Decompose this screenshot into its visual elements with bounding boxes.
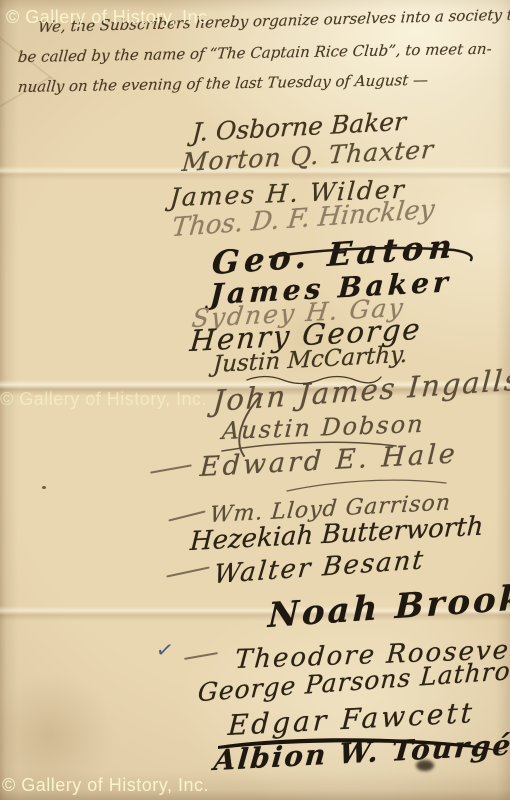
watermark-bottom: © Gallery of History, Inc. [2, 775, 209, 796]
manuscript-intro-line-3: nually on the evening of the last Tuesda… [17, 71, 429, 96]
ink-dot [42, 486, 46, 489]
watermark-middle: © Gallery of History, Inc. [0, 389, 207, 410]
check-mark-roosevelt: ✓ [154, 637, 175, 663]
manuscript-intro-line-2: be called by the name of “The Captain Ri… [17, 40, 492, 66]
margin-dash-garrison [168, 510, 205, 521]
tourgee-ink-smudge [416, 760, 434, 771]
signature-austin-dobson: Austin Dobson [221, 410, 426, 445]
margin-dash-besant [166, 566, 209, 577]
margin-dash-roosevelt [184, 652, 218, 660]
signature-noah-brooks: Noah Brooks [267, 576, 510, 636]
manuscript-page: We, the Subscribers hereby organize ours… [0, 0, 510, 800]
margin-dash-hale [150, 464, 192, 473]
signature-edward-e-hale: Edward E. Hale [199, 438, 458, 483]
watermark-top: © Gallery of History, Inc. [6, 7, 213, 28]
